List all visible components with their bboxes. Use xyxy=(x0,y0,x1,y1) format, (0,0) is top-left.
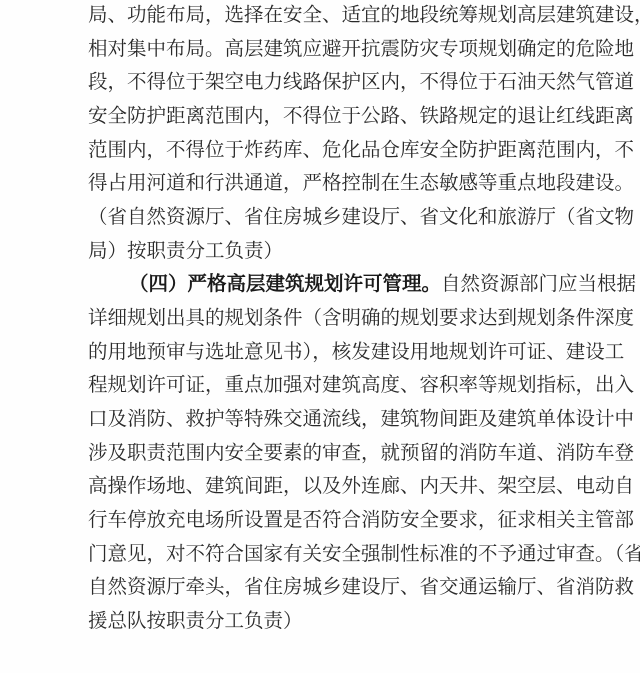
paragraph-line: 门意见，对不符合国家有关安全强制性标准的不予通过审查。（省 xyxy=(88,539,562,569)
document-page: 局、功能布局，选择在安全、适宜的地段统筹规划高层建筑建设， 相对集中布局。高层建… xyxy=(0,0,640,673)
paragraph-line: 涉及职责范围内安全要素的审查，就预留的消防车道、消防车登 xyxy=(88,438,562,468)
paragraph-line: 安全防护距离范围内，不得位于公路、铁路规定的退让红线距离 xyxy=(88,101,562,131)
paragraph-line: 相对集中布局。高层建筑应避开抗震防灾专项规划确定的危险地 xyxy=(88,34,562,64)
paragraph-line: 的用地预审与选址意见书），核发建设用地规划许可证、建设工 xyxy=(88,337,562,367)
paragraph-line: 自然资源厅牵头，省住房城乡建设厅、省交通运输厅、省消防救 xyxy=(88,572,562,602)
paragraph-line: 得占用河道和行洪通道，严格控制在生态敏感等重点地段建设。 xyxy=(88,168,562,198)
paragraph-line: （省自然资源厅、省住房城乡建设厅、省文化和旅游厅（省文物 xyxy=(88,202,562,232)
section-4-title: （四）严格高层建筑规划许可管理。 xyxy=(129,272,441,295)
paragraph-line: 程规划许可证，重点加强对建筑高度、容积率等规划指标，出入 xyxy=(88,370,562,400)
section-4-first-line: （四）严格高层建筑规划许可管理。自然资源部门应当根据 xyxy=(129,269,562,299)
paragraph-line: 援总队按职责分工负责） xyxy=(88,606,562,636)
paragraph-line: 详细规划出具的规划条件（含明确的规划要求达到规划条件深度 xyxy=(88,303,562,333)
paragraph-line: 局、功能布局，选择在安全、适宜的地段统筹规划高层建筑建设， xyxy=(88,0,562,30)
section-4-text: 自然资源部门应当根据 xyxy=(441,272,636,295)
paragraph-line: 高操作场地、建筑间距，以及外连廊、内天井、架空层、电动自 xyxy=(88,471,562,501)
paragraph-line: 局）按职责分工负责） xyxy=(88,236,562,266)
paragraph-line: 口及消防、救护等特殊交通流线，建筑物间距及建筑单体设计中 xyxy=(88,404,562,434)
paragraph-line: 范围内，不得位于炸药库、危化品仓库安全防护距离范围内，不 xyxy=(88,135,562,165)
paragraph-line: 行车停放充电场所设置是否符合消防安全要求，征求相关主管部 xyxy=(88,505,562,535)
paragraph-line: 段，不得位于架空电力线路保护区内，不得位于石油天然气管道 xyxy=(88,67,562,97)
